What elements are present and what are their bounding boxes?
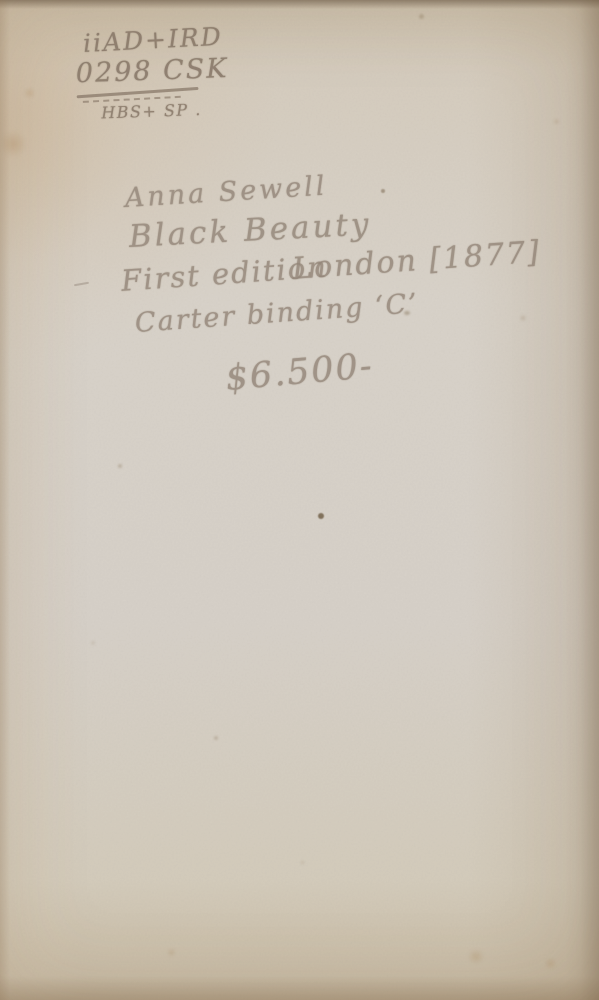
- foxing-spot: [214, 736, 218, 740]
- bottom-edge-shadow: [0, 976, 599, 1000]
- foxing-spot: [300, 860, 305, 865]
- note-binding: Carter binding ‘C’: [134, 288, 420, 339]
- foxing-spot: [553, 118, 560, 125]
- ink-speck: [318, 513, 324, 519]
- note-title: Black Beauty: [128, 206, 372, 255]
- foxing-spot: [543, 958, 558, 969]
- code-line-3: HBS+ SP .: [101, 100, 202, 122]
- foxing-spot: [166, 948, 177, 957]
- left-edge-shadow: [0, 0, 10, 1000]
- foxing-spot: [466, 950, 486, 963]
- top-edge-shadow: [0, 0, 599, 9]
- foxing-spot: [0, 130, 27, 158]
- paper-grain-texture: [0, 0, 599, 1000]
- note-price: $6.500-: [224, 346, 375, 399]
- foxing-spot: [519, 314, 527, 322]
- code-line-1: iiAD+IRD: [82, 22, 223, 58]
- foxing-spot: [381, 189, 385, 193]
- pencil-code-block: iiAD+IRD 0298 CSK HBS+ SP .: [68, 23, 271, 130]
- foxing-spot: [23, 87, 36, 99]
- right-edge-shadow: [565, 0, 599, 1000]
- pencil-dash-mark: [74, 282, 89, 287]
- foxing-spot: [419, 14, 424, 19]
- foxing-spot: [90, 640, 96, 646]
- book-endpaper-photo: iiAD+IRD 0298 CSK HBS+ SP . Anna Sewell …: [0, 0, 599, 1000]
- foxing-spot: [118, 464, 122, 468]
- note-author: Anna Sewell: [124, 171, 328, 214]
- vignette: [0, 0, 599, 1000]
- code-line-2: 0298 CSK: [75, 53, 229, 89]
